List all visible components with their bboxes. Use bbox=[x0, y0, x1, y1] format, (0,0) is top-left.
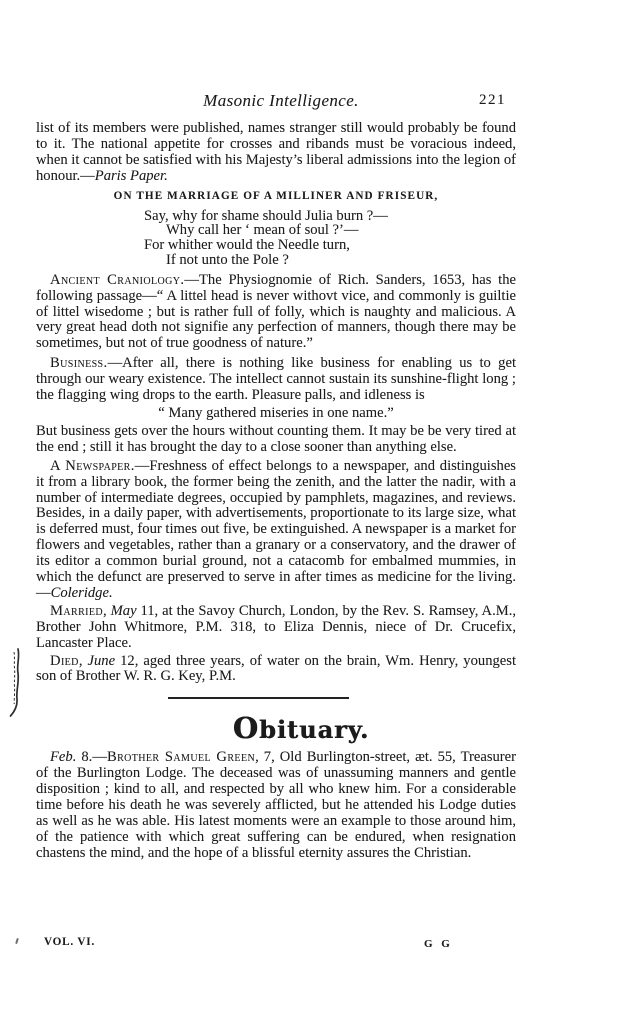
lead-in-small-caps: Died bbox=[50, 653, 79, 669]
body-text: —After all, there is nothing like busine… bbox=[36, 355, 516, 403]
page-number: 221 bbox=[479, 92, 506, 109]
scanned-page: Masonic Intelligence. 221 list of its me… bbox=[0, 0, 623, 1031]
intro-continuation-paragraph: list of its members were published, name… bbox=[36, 121, 516, 185]
lead-in-small-caps: Brother Samuel Green bbox=[107, 749, 255, 765]
lead-in-small-caps: Married bbox=[50, 603, 103, 619]
business-paragraph: Business.—After all, there is nothing li… bbox=[36, 356, 516, 404]
page-header: Masonic Intelligence. 221 bbox=[0, 91, 623, 111]
volume-label: VOL. VI. bbox=[44, 936, 95, 948]
body-text: , bbox=[79, 653, 88, 669]
obituary-heading: Obituary. bbox=[61, 715, 541, 743]
italic-text: June bbox=[88, 653, 116, 669]
poem-line: Why call her ‘ mean of soul ?’— bbox=[144, 223, 516, 238]
married-notice-paragraph: Married, May 11, at the Savoy Church, Lo… bbox=[36, 604, 516, 652]
section-divider-rule bbox=[168, 697, 349, 699]
body-text: “ Many gathered miseries in one name.” bbox=[158, 405, 393, 421]
poem-line: If not unto the Pole ? bbox=[144, 253, 516, 268]
lead-in-small-caps: Business. bbox=[50, 355, 108, 371]
handwritten-margin-mark bbox=[3, 648, 25, 718]
ancient-craniology-paragraph: Ancient Craniology.—The Physiognomie of … bbox=[36, 273, 516, 353]
body-text: But business gets over the hours without… bbox=[36, 423, 516, 455]
running-title: Masonic Intelligence. bbox=[203, 91, 359, 111]
body-text: , 7, Old Burlington-street, æt. 55, Trea… bbox=[36, 749, 516, 860]
poem-title: ON THE MARRIAGE OF A MILLINER AND FRISEU… bbox=[36, 189, 516, 205]
body-text: , bbox=[103, 603, 111, 619]
text-column: list of its members were published, name… bbox=[36, 121, 516, 862]
italic-text: May bbox=[111, 603, 137, 619]
signature-mark: G G bbox=[424, 938, 453, 950]
poem-line: Say, why for shame should Julia burn ?— bbox=[144, 209, 516, 224]
body-text: 8.— bbox=[76, 749, 107, 765]
poem-line: For whither would the Needle turn, bbox=[144, 238, 516, 253]
ink-speck bbox=[15, 938, 19, 944]
obituary-samuel-green-paragraph: Feb. 8.—Brother Samuel Green, 7, Old Bur… bbox=[36, 750, 516, 861]
business-continuation-paragraph: But business gets over the hours without… bbox=[36, 424, 516, 456]
italic-text: Paris Paper. bbox=[95, 168, 168, 184]
newspaper-paragraph: A Newspaper.—Freshness of effect belongs… bbox=[36, 459, 516, 602]
lead-in-small-caps: A Newspaper. bbox=[50, 458, 135, 474]
body-text: —Freshness of effect belongs to a newspa… bbox=[36, 458, 516, 601]
italic-text: Coleridge. bbox=[51, 585, 113, 601]
lead-in-small-caps: Ancient Craniology. bbox=[50, 272, 184, 288]
inline-quote-line: “ Many gathered miseries in one name.” bbox=[36, 406, 516, 422]
died-notice-paragraph: Died, June 12, aged three years, of wate… bbox=[36, 654, 516, 686]
italic-text: Feb. bbox=[50, 749, 76, 765]
body-text: ON THE MARRIAGE OF A MILLINER AND FRISEU… bbox=[114, 190, 439, 202]
poem: Say, why for shame should Julia burn ?—W… bbox=[144, 209, 516, 268]
